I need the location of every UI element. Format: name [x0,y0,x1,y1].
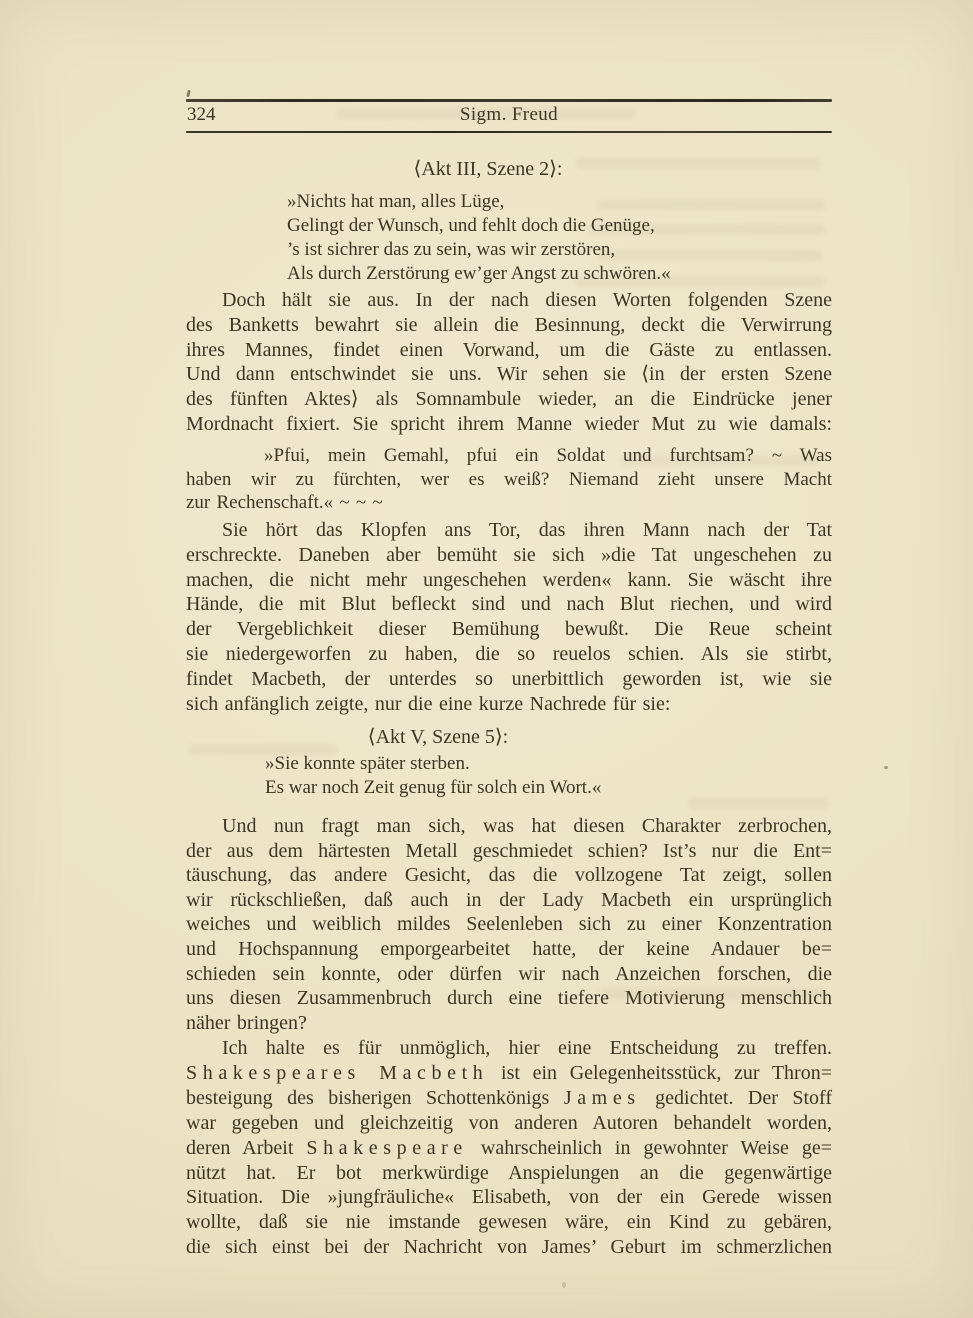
scene-heading-akt3: ⟨Akt III, Szene 2⟩: [165,156,811,181]
scene-heading-akt5: ⟨Akt V, Szene 5⟩: [115,724,761,749]
text-line: ihres Mannes, findet einen Vorwand, um d… [186,338,832,363]
letterspaced-name: James [564,1087,641,1109]
text-line: Als durch Zerstörung ew’ger Angst zu sch… [287,262,832,286]
text-line: besteigung des bisherigen Schottenkönigs… [186,1086,832,1111]
text-line: Situation. Die »jungfräuliche« Elisabeth… [186,1185,832,1210]
ink-speck [884,766,888,769]
text-line: deren Arbeit Shakespeare wahrscheinlich … [186,1136,832,1161]
text-line: war gegeben und gleichzeitig von anderen… [186,1111,832,1136]
text-line: des fünften Aktes⟩ als Somnambule wieder… [186,387,832,412]
text-line: näher bringen? [186,1011,832,1036]
page-body: ⟨Akt III, Szene 2⟩:»Nichts hat man, alle… [186,0,832,1318]
text-line: weiches und weiblich mildes Seelenleben … [186,912,832,937]
text-line: der aus dem härtesten Metall geschmiedet… [186,839,832,864]
text-line: Doch hält sie aus. In der nach diesen Wo… [186,288,832,313]
paragraph-bankettszene: Doch hält sie aus. In der nach diesen Wo… [186,288,832,437]
scanned-book-page: 324 Sigm. Freud ⟨Akt III, Szene 2⟩:»Nich… [0,0,973,1318]
letterspaced-name: Shakespeare [306,1137,468,1159]
text-line: sie niedergeworfen zu haben, die so reue… [186,642,832,667]
text-line: Gelingt der Wunsch, und fehlt doch die G… [287,214,832,238]
paragraph-gelegenheitsstueck: Ich halte es für unmöglich, hier eine En… [186,1036,832,1260]
letterspaced-name: Shakespeares Macbeth [186,1062,488,1084]
text-line: »Pfui, mein Gemahl, pfui ein Soldat und … [186,444,832,468]
text-line: machen, die nicht mehr ungeschehen werde… [186,568,832,593]
text-line: ’s ist sichrer das zu sein, was wir zers… [287,238,832,262]
text-line: die sich einst bei der Nachricht von Jam… [186,1235,832,1260]
verse-quote-akt5: »Sie konnte später sterben.Es war noch Z… [186,752,832,800]
text-line: schieden sein konnte, oder dürfen wir na… [186,962,832,987]
text-line: Und nun fragt man sich, was hat diesen C… [186,814,832,839]
text-line: erschreckte. Daneben aber bemüht sie sic… [186,543,832,568]
text-line: findet Macbeth, der unterdes so unerbitt… [186,667,832,692]
text-line: nützt hat. Er bot merkwürdige Anspielung… [186,1161,832,1186]
text-line: haben wir zu fürchten, wer es weiß? Niem… [186,468,832,492]
verse-quote-akt3: »Nichts hat man, alles Lüge,Gelingt der … [186,190,832,286]
paragraph-charakter-zerbrochen: Und nun fragt man sich, was hat diesen C… [186,814,832,1035]
text-line: Und dann entschwindet sie uns. Wir sehen… [186,362,832,387]
text-line: Es war noch Zeit genug für solch ein Wor… [265,776,832,800]
text-line: wir rückschließen, daß auch in der Lady … [186,888,832,913]
text-line: zur Rechenschaft.« ~ ~ ~ [186,491,832,515]
text-line: Shakespeares Macbeth ist ein Gelegenheit… [186,1061,832,1086]
text-line: wollte, daß sie nie imstande gewesen wär… [186,1210,832,1235]
text-line: »Sie konnte später sterben. [265,752,832,776]
text-line: und Hochspannung emporgearbeitet hatte, … [186,937,832,962]
paragraph-klopfen-ans-tor: Sie hört das Klopfen ans Tor, das ihren … [186,518,832,716]
text-line: sich anfänglich zeigte, nur die eine kur… [186,692,832,717]
text-line: täuschung, das andere Gesicht, das die v… [186,863,832,888]
text-line: Mordnacht fixiert. Sie spricht ihrem Man… [186,412,832,437]
text-line: uns diesen Zusammenbruch durch eine tief… [186,986,832,1011]
text-line: Hände, die mit Blut befleckt sind und na… [186,592,832,617]
text-line: Ich halte es für unmöglich, hier eine En… [186,1036,832,1061]
text-line: des Banketts bewahrt sie allein die Besi… [186,313,832,338]
quote-pfui-gemahl: »Pfui, mein Gemahl, pfui ein Soldat und … [186,444,832,515]
text-line: »Nichts hat man, alles Lüge, [287,190,832,214]
text-line: der Vergeblichkeit dieser Bemühung bewuß… [186,617,832,642]
text-line: Sie hört das Klopfen ans Tor, das ihren … [186,518,832,543]
